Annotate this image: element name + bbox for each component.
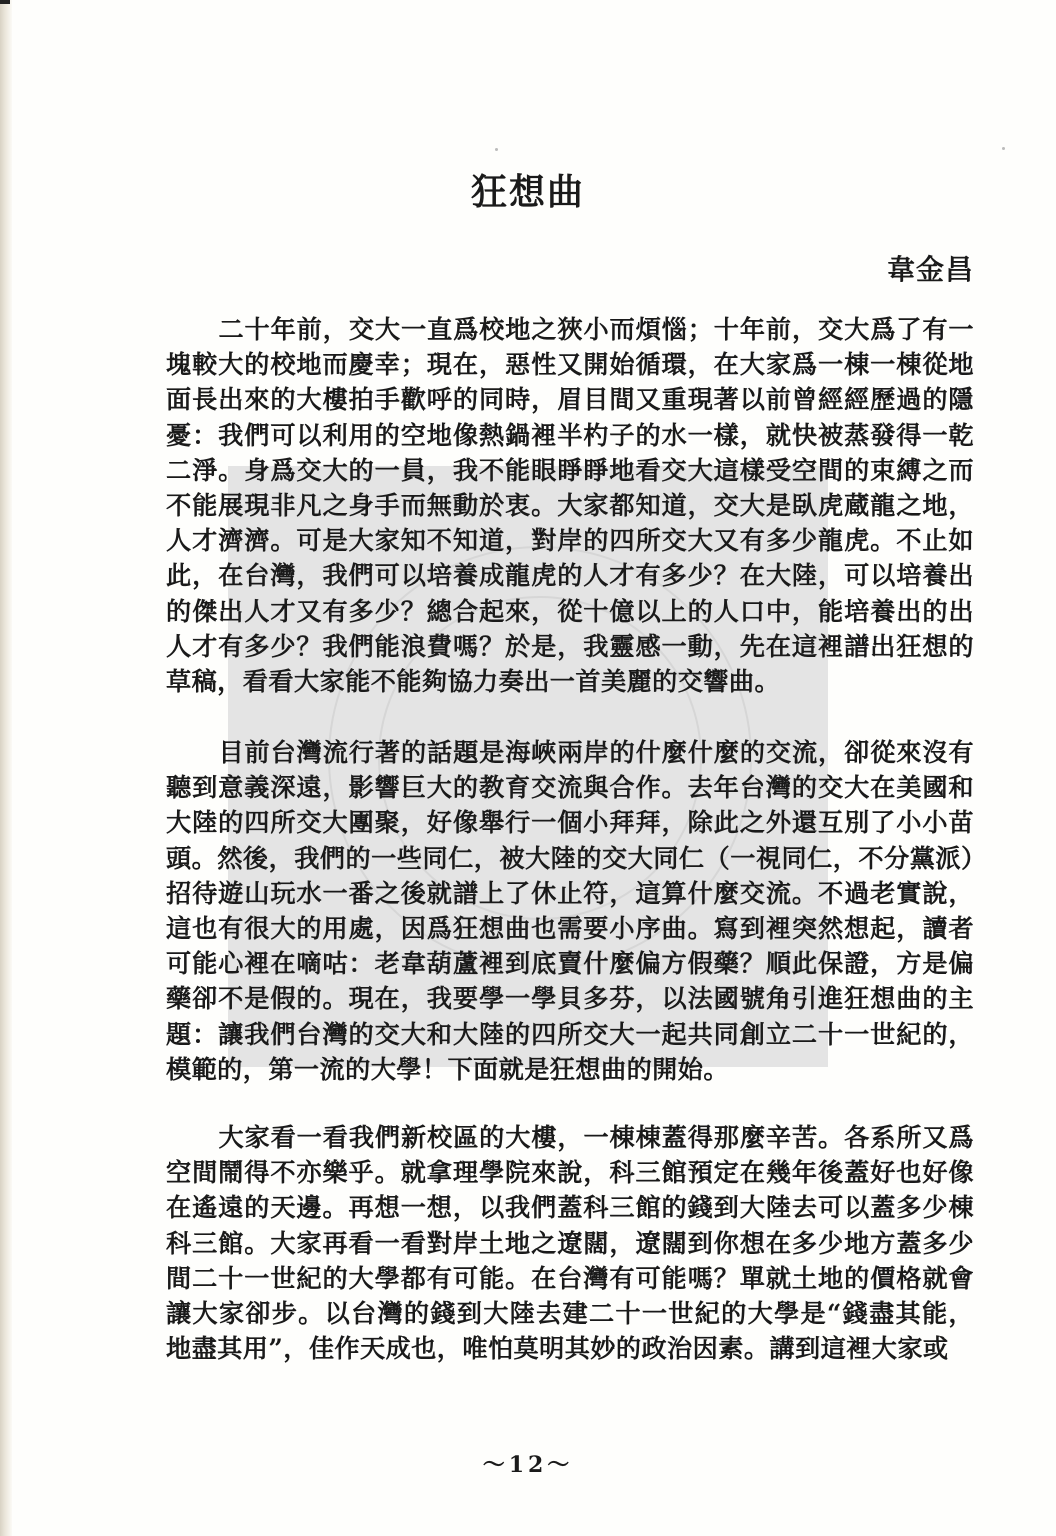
paragraph-1: 二十年前，交大一直爲校地之狹小而煩惱；十年前，交大爲了有一塊較大的校地而慶幸；現… [166, 312, 974, 699]
paragraph-3: 大家看一看我們新校區的大樓，一棟棟蓋得那麼辛苦。各系所又爲空間鬧得不亦樂乎。就拿… [166, 1120, 974, 1366]
page-number: ～12～ [0, 1448, 1056, 1479]
document-author: 韋金昌 [887, 248, 974, 288]
paragraph-text: 大家看一看我們新校區的大樓，一棟棟蓋得那麼辛苦。各系所又爲空間鬧得不亦樂乎。就拿… [166, 1122, 974, 1363]
scan-speck [495, 148, 498, 151]
scan-speck [1002, 147, 1005, 150]
binding-corner-mark [0, 0, 10, 4]
paragraph-2: 目前台灣流行著的話題是海峽兩岸的什麼什麼的交流，卻從來沒有聽到意義深遠，影響巨大… [166, 735, 974, 1087]
document-title: 狂想曲 [0, 164, 1056, 215]
paragraph-text: 二十年前，交大一直爲校地之狹小而煩惱；十年前，交大爲了有一塊較大的校地而慶幸；現… [166, 314, 974, 696]
paragraph-text: 目前台灣流行著的話題是海峽兩岸的什麼什麼的交流，卻從來沒有聽到意義深遠，影響巨大… [166, 737, 974, 1084]
binding-edge [0, 0, 12, 1536]
